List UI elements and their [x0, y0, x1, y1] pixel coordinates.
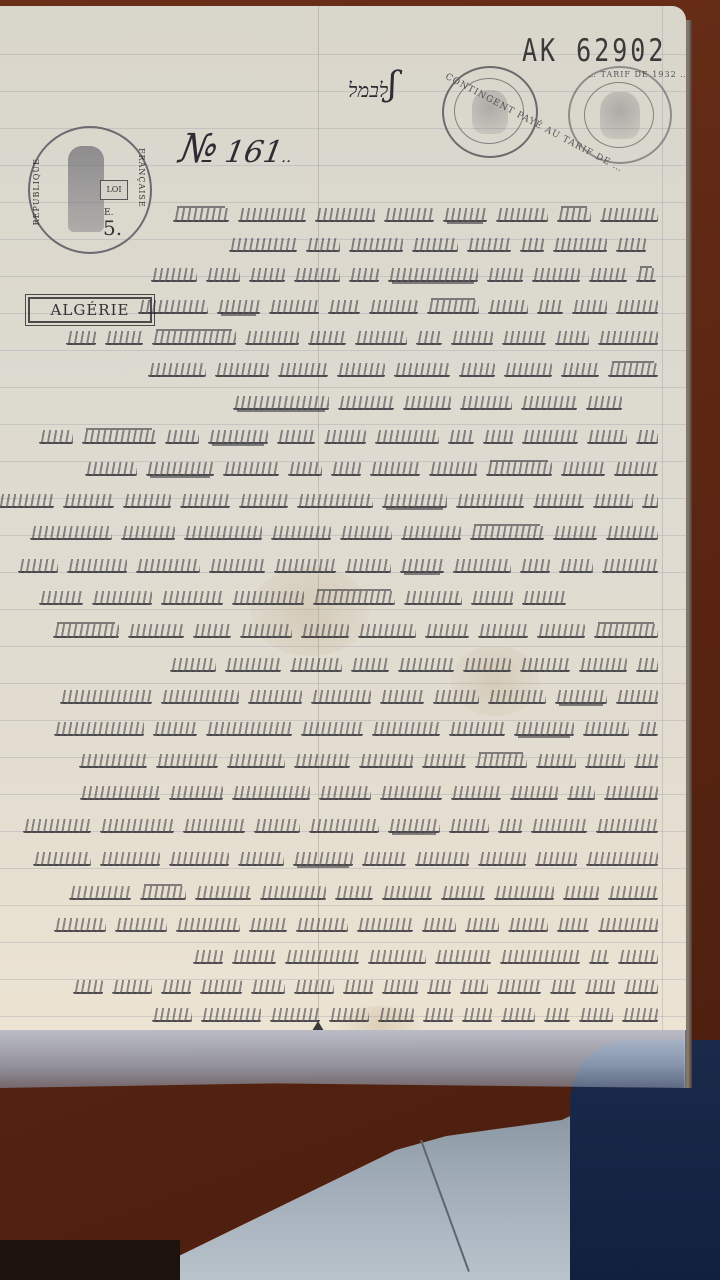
handwritten-line — [0, 722, 658, 736]
number-sign: № — [176, 126, 222, 172]
handwritten-line — [206, 238, 646, 252]
algerie-stamp: ALGÉRIE — [28, 297, 152, 323]
handwritten-line — [0, 819, 658, 833]
handwritten-line — [18, 331, 658, 345]
official-seal-contingent: CONTINGENT PAYÉ AU TARIF DE … — [442, 66, 538, 158]
handwritten-line — [22, 396, 622, 410]
handwritten-line — [6, 591, 566, 605]
stamp-denomination: 5. — [103, 216, 122, 240]
handwritten-line — [0, 526, 658, 540]
stamp-text-right: FRANÇAISE — [137, 148, 146, 208]
handwritten-line — [0, 886, 658, 900]
number-value: 161 — [222, 135, 285, 170]
handwritten-line — [138, 300, 658, 314]
handwritten-line — [0, 494, 658, 508]
handwritten-line — [0, 462, 658, 476]
paper-stain — [250, 566, 370, 656]
seal-ring-text: … TARIF DE 1932 … — [588, 70, 686, 79]
vertical-fold-line — [318, 6, 319, 1030]
seal-inner-ring — [584, 82, 654, 148]
stamp-text-left: REPUBLIQUE — [32, 158, 41, 225]
heading-mark: לבמל ʃ — [348, 78, 388, 103]
heading-mark-text: לבמל — [348, 78, 388, 102]
handwritten-line — [0, 1008, 658, 1022]
plastic-sleeve — [0, 1030, 685, 1088]
document-number: №161.. — [176, 126, 297, 172]
handwritten-line — [138, 208, 658, 222]
fiscal-stamp-republique-francaise: REPUBLIQUE FRANÇAISE LOI E. 5. — [28, 126, 152, 254]
handwritten-line — [0, 430, 658, 444]
official-seal-tarif: … TARIF DE 1932 … — [568, 66, 672, 164]
handwritten-line — [0, 980, 658, 994]
handwritten-line — [0, 786, 658, 800]
handwritten-line — [18, 363, 658, 377]
paper-stain — [450, 646, 540, 716]
handwritten-line — [0, 754, 658, 768]
handwritten-line — [118, 658, 658, 672]
shadow-corner — [0, 1240, 180, 1280]
loi-tablet: LOI — [100, 180, 128, 200]
handwritten-line — [0, 852, 658, 866]
handwritten-line — [0, 559, 658, 573]
handwritten-line — [136, 268, 656, 282]
handwritten-line — [0, 690, 658, 704]
serial-number: AK 62902 — [522, 32, 666, 68]
document-paper: AK 62902 CONTINGENT PAYÉ AU TARIF DE … …… — [0, 6, 686, 1030]
right-margin-line — [662, 6, 663, 1030]
marianne-figure-icon — [68, 146, 104, 232]
heading-flourish: ʃ — [388, 64, 397, 104]
handwritten-line — [0, 624, 658, 638]
handwritten-line — [18, 950, 658, 964]
handwritten-line — [0, 918, 658, 932]
